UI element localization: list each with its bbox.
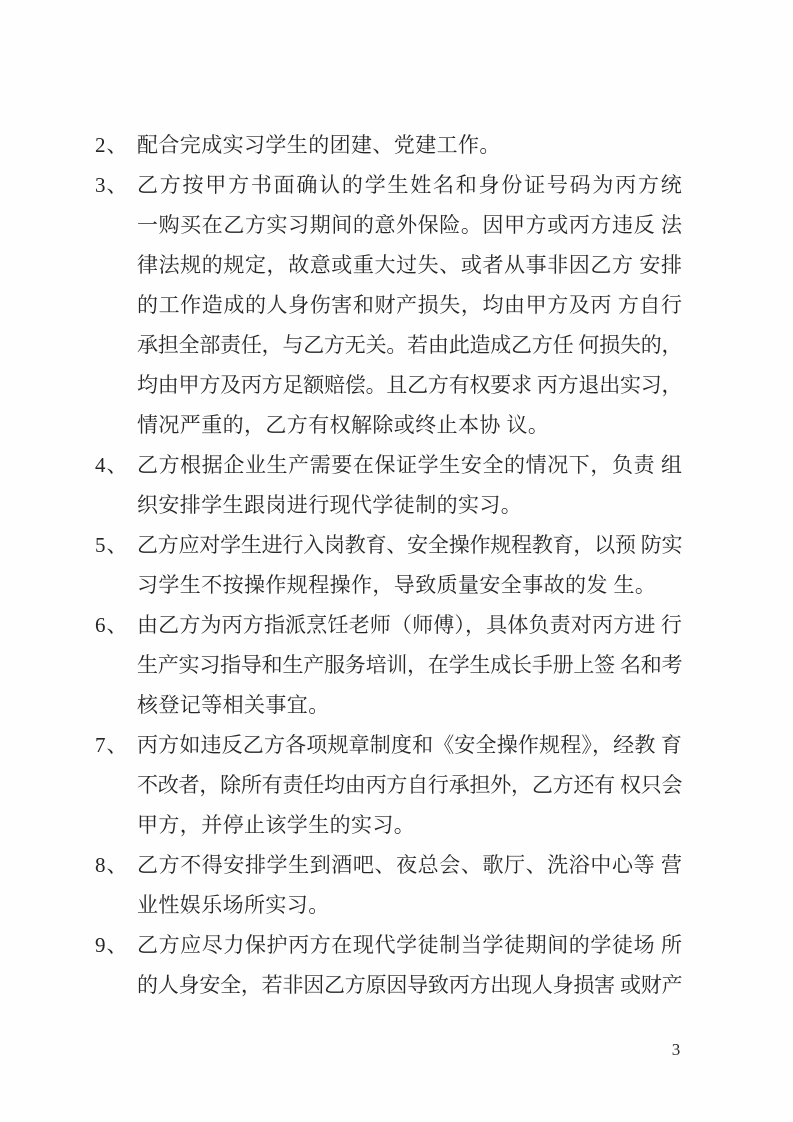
clause-line-text: 乙方不得安排学生到酒吧、夜总会、歌厅、洗浴中心等 营 (137, 853, 683, 877)
contract-clause-list: 2、配合完成实习学生的团建、党建工作。3、乙方按甲方书面确认的学生姓名和身份证号… (95, 125, 693, 1005)
page-number: 3 (666, 1038, 686, 1062)
clause-number: 2、 (95, 125, 137, 165)
clause-line: 乙方按甲方书面确认的学生姓名和身份证号码为丙方统 (137, 165, 693, 205)
clause-item-6: 6、由乙方为丙方指派烹饪老师（师傅），具体负责对丙方进 行生产实习指导和生产服务… (95, 605, 693, 725)
clause-line: 核登记等相关事宜。 (137, 685, 693, 725)
clause-line: 情况严重的，乙方有权解除或终止本协 议。 (137, 405, 693, 445)
clause-item-9: 9、乙方应尽力保护丙方在现代学徒制当学徒期间的学徒场 所的人身安全，若非因乙方原… (95, 925, 693, 1005)
clause-line-text: 习学生不按操作规程操作，导致质量安全事故的发 生。 (137, 573, 656, 597)
clause-line: 均由甲方及丙方足额赔偿。且乙方有权要求 丙方退出实习， (137, 365, 693, 405)
clause-line-text: 的人身安全，若非因乙方原因导致丙方出现人身损害 或财产 (137, 973, 682, 997)
clause-line-text: 甲方，并停止该学生的实习。 (137, 813, 415, 837)
clause-number: 5、 (95, 525, 137, 565)
clause-line-text: 一购买在乙方实习期间的意外保险。因甲方或丙方违反 法 (137, 213, 683, 237)
clause-line: 配合完成实习学生的团建、党建工作。 (137, 125, 693, 165)
clause-line: 生产实习指导和生产服务培训，在学生成长手册上签 名和考 (137, 645, 693, 685)
clause-line: 的工作造成的人身伤害和财产损失，均由甲方及丙 方自行 (137, 285, 693, 325)
clause-line-text: 丙方如违反乙方各项规章制度和《安全操作规程》，经教 育 (137, 733, 682, 757)
clause-line: 乙方应对学生进行入岗教育、安全操作规程教育，以预 防实 (137, 525, 693, 565)
clause-line-text: 核登记等相关事宜。 (137, 693, 330, 717)
clause-item-3: 3、乙方按甲方书面确认的学生姓名和身份证号码为丙方统一购买在乙方实习期间的意外保… (95, 165, 693, 445)
document-page: 2、配合完成实习学生的团建、党建工作。3、乙方按甲方书面确认的学生姓名和身份证号… (0, 0, 793, 1122)
clause-line: 织安排学生跟岗进行现代学徒制的实习。 (137, 485, 693, 525)
clause-number: 3、 (95, 165, 137, 205)
clause-number: 7、 (95, 725, 137, 765)
clause-item-5: 5、乙方应对学生进行入岗教育、安全操作规程教育，以预 防实习学生不按操作规程操作… (95, 525, 693, 605)
clause-line: 甲方，并停止该学生的实习。 (137, 805, 693, 845)
clause-line: 律法规的规定，故意或重大过失、或者从事非因乙方 安排 (137, 245, 693, 285)
clause-line: 不改者，除所有责任均由丙方自行承担外，乙方还有 权只会 (137, 765, 693, 805)
clause-line-text: 乙方根据企业生产需要在保证学生安全的情况下，负责 组 (137, 453, 683, 477)
clause-line-text: 乙方应尽力保护丙方在现代学徒制当学徒期间的学徒场 所 (137, 933, 683, 957)
clause-line-text: 的工作造成的人身伤害和财产损失，均由甲方及丙 方自行 (137, 293, 683, 317)
clause-item-4: 4、乙方根据企业生产需要在保证学生安全的情况下，负责 组织安排学生跟岗进行现代学… (95, 445, 693, 525)
clause-line: 乙方根据企业生产需要在保证学生安全的情况下，负责 组 (137, 445, 693, 485)
clause-item-2: 2、配合完成实习学生的团建、党建工作。 (95, 125, 693, 165)
clause-number: 4、 (95, 445, 137, 485)
clause-item-7: 7、丙方如违反乙方各项规章制度和《安全操作规程》，经教 育不改者，除所有责任均由… (95, 725, 693, 845)
clause-line: 由乙方为丙方指派烹饪老师（师傅），具体负责对丙方进 行 (137, 605, 693, 645)
clause-line-text: 织安排学生跟岗进行现代学徒制的实习。 (137, 493, 522, 517)
clause-line-text: 配合完成实习学生的团建、党建工作。 (137, 133, 501, 157)
clause-line-text: 均由甲方及丙方足额赔偿。且乙方有权要求 丙方退出实习， (137, 373, 682, 397)
clause-line: 乙方应尽力保护丙方在现代学徒制当学徒期间的学徒场 所 (137, 925, 693, 965)
clause-line: 习学生不按操作规程操作，导致质量安全事故的发 生。 (137, 565, 693, 605)
clause-line: 业性娱乐场所实习。 (137, 885, 693, 925)
clause-line: 的人身安全，若非因乙方原因导致丙方出现人身损害 或财产 (137, 965, 693, 1005)
clause-line-text: 承担全部责任，与乙方无关。若由此造成乙方任 何损失的， (137, 333, 682, 357)
clause-line: 丙方如违反乙方各项规章制度和《安全操作规程》，经教 育 (137, 725, 693, 765)
clause-line: 承担全部责任，与乙方无关。若由此造成乙方任 何损失的， (137, 325, 693, 365)
clause-number: 9、 (95, 925, 137, 965)
clause-line-text: 不改者，除所有责任均由丙方自行承担外，乙方还有 权只会 (137, 773, 682, 797)
clause-line-text: 乙方按甲方书面确认的学生姓名和身份证号码为丙方统 (137, 173, 683, 197)
clause-line-text: 情况严重的，乙方有权解除或终止本协 议。 (137, 413, 549, 437)
clause-number: 8、 (95, 845, 137, 885)
clause-line-text: 由乙方为丙方指派烹饪老师（师傅），具体负责对丙方进 行 (137, 613, 682, 637)
clause-line: 乙方不得安排学生到酒吧、夜总会、歌厅、洗浴中心等 营 (137, 845, 693, 885)
clause-line-text: 乙方应对学生进行入岗教育、安全操作规程教育，以预 防实 (137, 533, 682, 557)
clause-line-text: 律法规的规定，故意或重大过失、或者从事非因乙方 安排 (137, 253, 683, 277)
clause-number: 6、 (95, 605, 137, 645)
clause-line: 一购买在乙方实习期间的意外保险。因甲方或丙方违反 法 (137, 205, 693, 245)
clause-item-8: 8、乙方不得安排学生到酒吧、夜总会、歌厅、洗浴中心等 营业性娱乐场所实习。 (95, 845, 693, 925)
clause-line-text: 业性娱乐场所实习。 (137, 893, 330, 917)
clause-line-text: 生产实习指导和生产服务培训，在学生成长手册上签 名和考 (137, 653, 682, 677)
